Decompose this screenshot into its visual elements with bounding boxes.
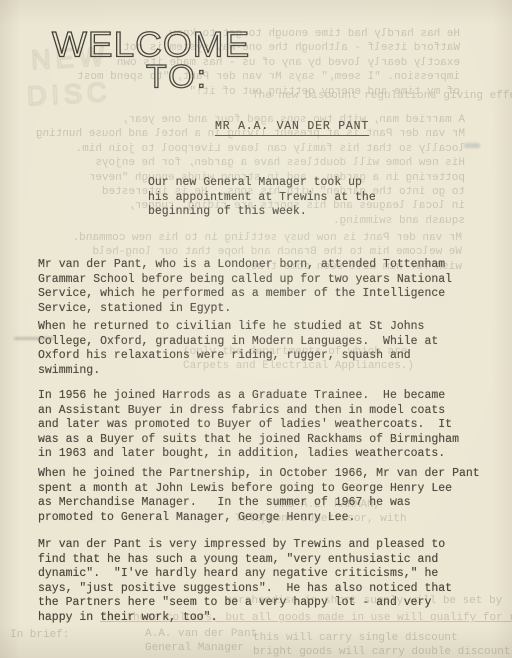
body-paragraph-line: in 1963 and later bought, in addition, l… [38,447,459,462]
body-paragraph: When he returned to civilian life he stu… [38,320,438,378]
bleedthrough-block-line: In brief: [10,628,80,642]
body-paragraph-line: spent a month at John Lewis before going… [38,482,480,497]
bleedthrough-block: In brief: [10,628,80,642]
body-paragraph-line: dynamic". "I've hardly heard any negativ… [38,567,452,582]
subject-heading: MR A.A. VAN DER PANT [215,120,369,136]
body-paragraph-line: In 1956 he joined Harrods as a Graduate … [38,389,459,404]
bleedthrough-headline-line: DISC [26,74,112,114]
body-paragraph-line: was as a Buyer of suits that he joined R… [38,433,459,448]
paper-smudge [14,337,54,340]
intro-block-line: Our new General Manager took up [148,176,376,191]
body-paragraph-line: Mr van der Pant, who is a Londoner born,… [38,258,452,273]
body-paragraph: Mr van der Pant, who is a Londoner born,… [38,258,452,316]
body-paragraph-line: promoted to General Manager, George Henr… [38,511,480,526]
paper-smudge [464,143,480,148]
body-paragraph-line: the Partners here "seem to be a very hap… [38,596,452,611]
body-paragraph-line: Mr van der Pant is very impressed by Tre… [38,538,452,553]
body-paragraph: Mr van der Pant is very impressed by Tre… [38,538,452,626]
intro-block-line: beginning of this week. [148,205,376,220]
bleedthrough-block-line: this will carry single discount [253,631,512,645]
scanned-newsletter-page: NEWDISC He has hardly had time enough to… [0,0,512,658]
body-paragraph-line: Grammar School before being called up fo… [38,273,452,288]
body-paragraph-line: happy in their work, too". [38,611,452,626]
intro-block-line: his appointment at Trewins at the [148,191,376,206]
body-paragraph-line: swimming. [38,364,438,379]
body-paragraph-line: When he joined the Partnership, in Octob… [38,467,480,482]
body-paragraph-line: Oxford his relaxations were riding, rugg… [38,349,438,364]
bleedthrough-mirrored-block-line: Mr van der Pant is now busy settling in … [30,231,462,245]
body-paragraph-line: and later was promoted to Buyer of ladie… [38,418,459,433]
bleedthrough-mirrored-block-line: locally so that his family can leave Liv… [3,142,465,156]
bleedthrough-block: The new Discount regulations giving effe… [252,89,512,103]
body-paragraph-line: find that he has such a young team, "ver… [38,553,452,568]
bleedthrough-block-line: bright goods will carry double discount [253,645,512,658]
body-paragraph-line: When he returned to civilian life he stu… [38,320,438,335]
welcome-title-to: TO: [146,59,208,96]
intro-block: Our new General Manager took uphis appoi… [148,176,376,220]
body-paragraph-line: College, Oxford, graduating in Modern La… [38,335,438,350]
body-paragraph-line: Service, stationed in Egypt. [38,302,452,317]
bleedthrough-mirrored-block-line: His new home will doubtless have a garde… [3,156,465,170]
body-paragraph-line: as Merchandise Manager. In the summer of… [38,496,480,511]
body-paragraph-line: an Assistant Buyer in dress fabrics and … [38,404,459,419]
bleedthrough-block-line: The new Discount regulations giving effe… [252,89,512,103]
body-paragraph-line: Service, which he performed as a member … [38,287,452,302]
bleedthrough-block: this will carry single discountbright go… [253,631,512,658]
body-paragraph: When he joined the Partnership, in Octob… [38,467,480,525]
body-paragraph: In 1956 he joined Harrods as a Graduate … [38,389,459,462]
body-paragraph-line: says, "just positive suggestions". He ha… [38,582,452,597]
